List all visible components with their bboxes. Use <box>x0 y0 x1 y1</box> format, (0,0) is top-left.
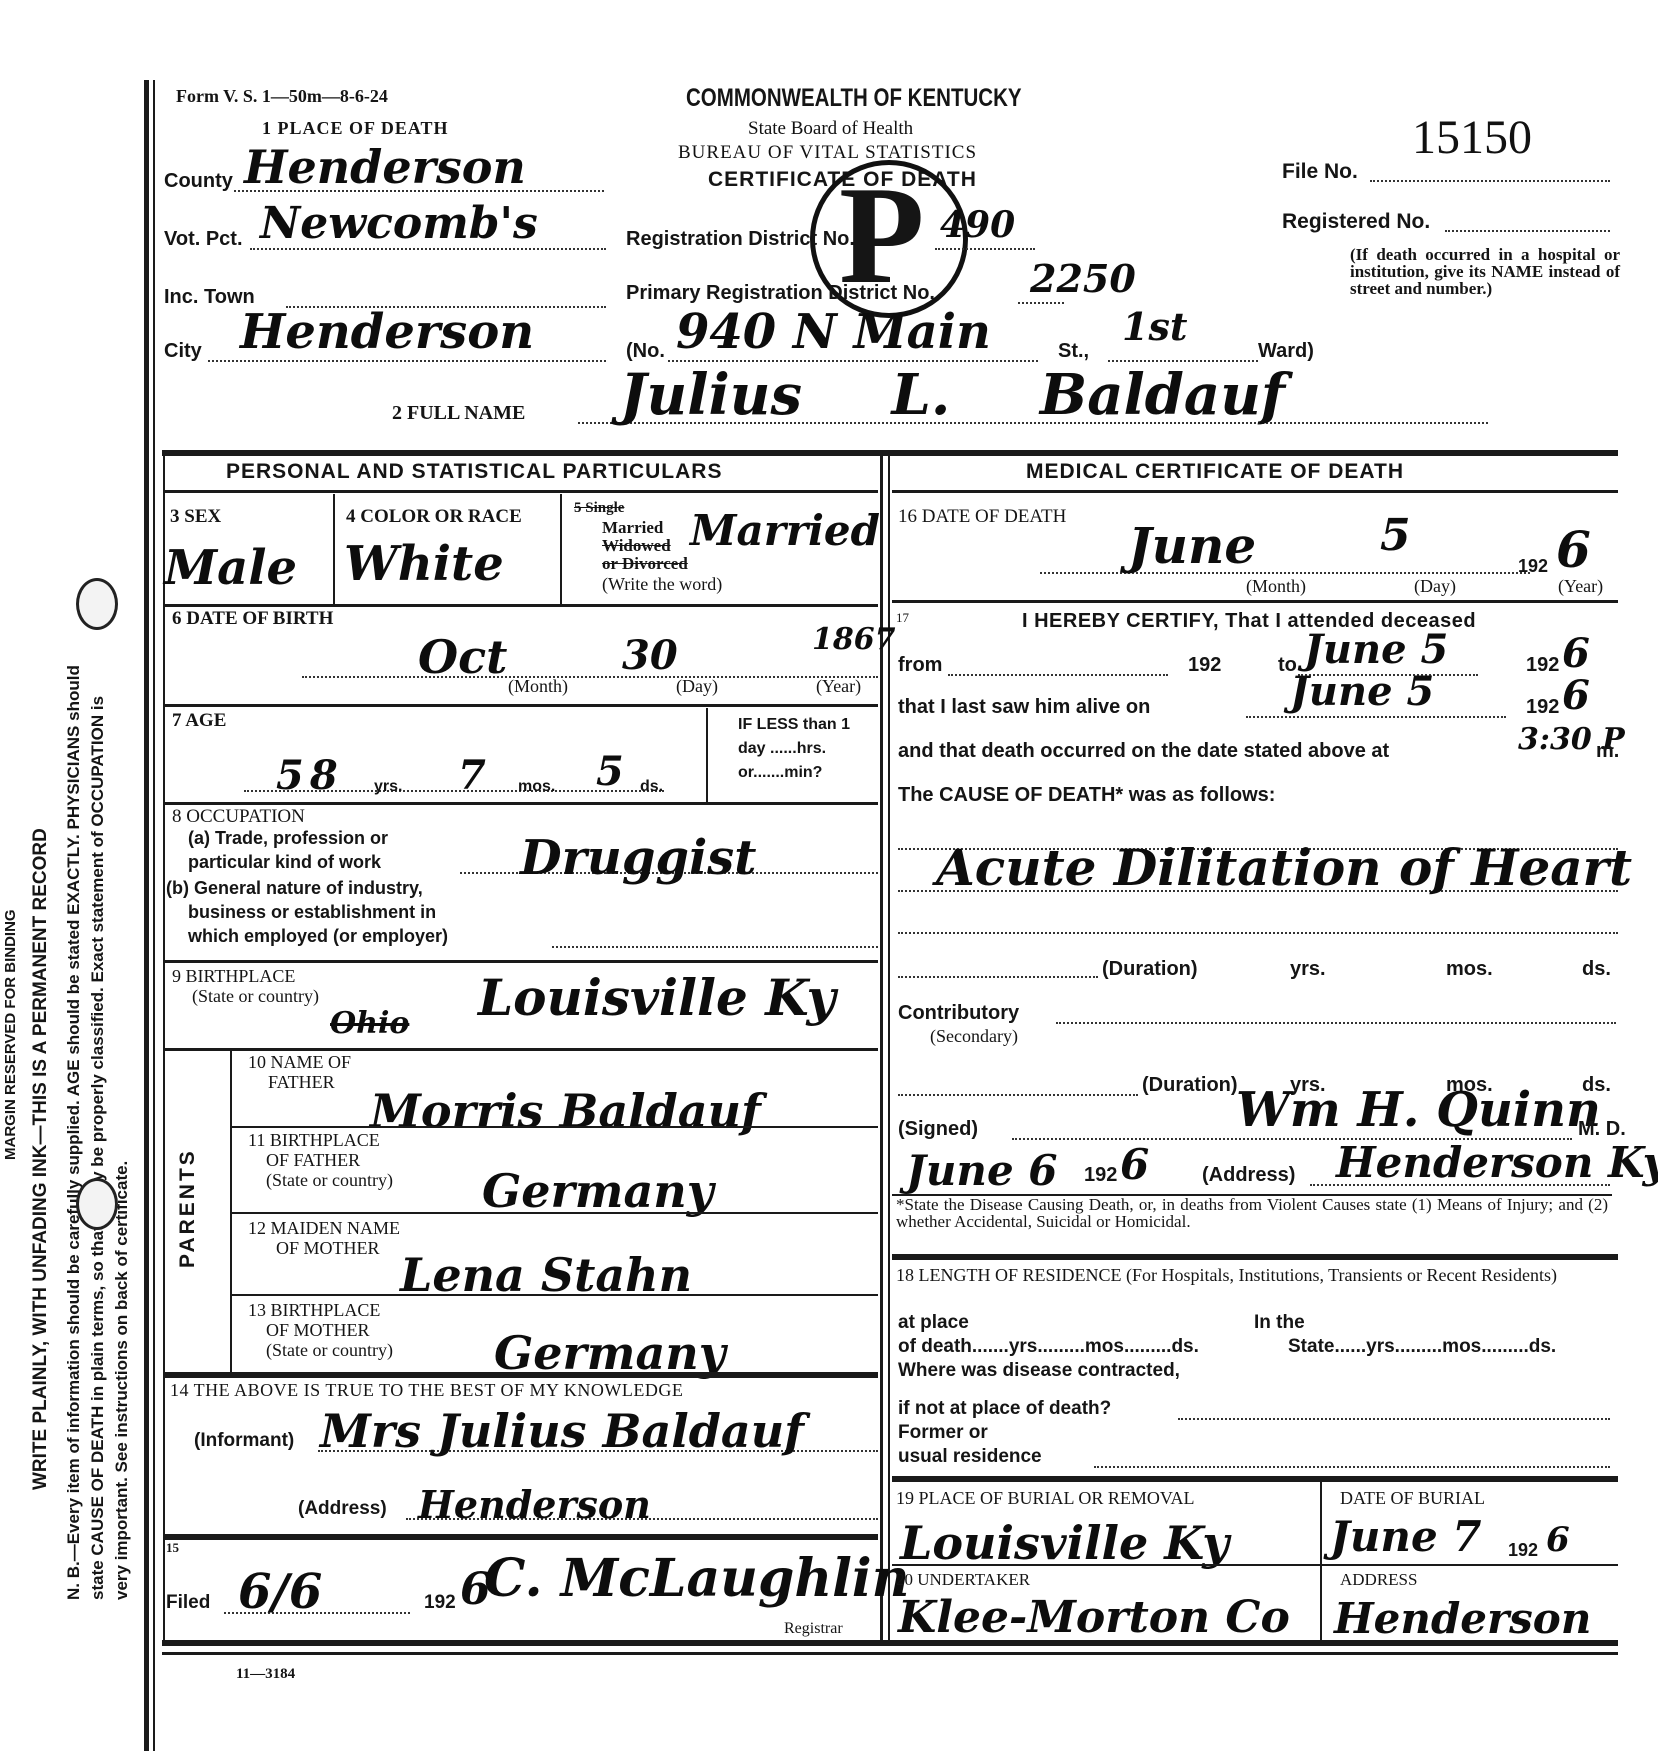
former-label: Former or <box>898 1422 988 1444</box>
cause-footnote: *State the Disease Causing Death, or, in… <box>896 1196 1608 1230</box>
of-death-label: of death.......yrs.........mos.........d… <box>898 1336 1199 1358</box>
row-rule-occupation <box>164 802 878 805</box>
to-date: June 5 <box>1304 626 1448 673</box>
occ-a-label-1: (a) Trade, profession or <box>188 828 388 849</box>
occ-a-label-2: particular kind of work <box>188 852 381 873</box>
age-label: 7 AGE <box>172 710 226 732</box>
race-label: 4 COLOR OR RACE <box>346 506 522 528</box>
marital-option-single: 5 Single <box>574 500 624 517</box>
father-birthplace-label-2: OF FATHER <box>266 1150 360 1171</box>
burial-date-label: DATE OF BURIAL <box>1340 1488 1485 1509</box>
margin-instruction-4: very important. See instructions on back… <box>112 1161 132 1600</box>
father-name-label-1: 10 NAME OF <box>248 1052 351 1073</box>
last-saw-date: June 5 <box>1290 668 1434 715</box>
dod-year-prefix: 192 <box>1518 556 1548 577</box>
signed-value: Wm H. Quinn <box>1236 1082 1601 1138</box>
row-rule-mother-birthplace <box>232 1294 878 1296</box>
dod-line <box>1040 572 1530 574</box>
from-label: from <box>898 654 942 677</box>
secondary-label: (Secondary) <box>930 1026 1018 1047</box>
form-number: Form V. S. 1—50m—8-6-24 <box>176 86 388 107</box>
marital-option-married: Married <box>602 518 663 538</box>
filed-label: Filed <box>166 1592 210 1614</box>
age-days: 5 <box>596 748 624 795</box>
punch-hole-bottom <box>76 1178 118 1230</box>
dob-month-caption: (Month) <box>508 676 568 697</box>
sex-value: Male <box>164 540 297 596</box>
less-than-line-1: IF LESS than 1 <box>738 716 850 734</box>
contributory-label: Contributory <box>898 1002 1019 1025</box>
to-year: 6 <box>1562 630 1590 677</box>
margin-instruction-1: WRITE PLAINLY, WITH UNFADING INK—THIS IS… <box>30 828 52 1490</box>
certify-number: 17 <box>896 610 909 626</box>
contracted-label: Where was disease contracted, <box>898 1360 1180 1382</box>
ward-label: Ward) <box>1258 340 1314 363</box>
signed-date: June 6 <box>906 1146 1058 1195</box>
state-residence-label: State......yrs.........mos.........ds. <box>1288 1336 1556 1358</box>
signed-label: (Signed) <box>898 1118 978 1141</box>
last-saw-year: 6 <box>1562 672 1590 719</box>
burial-divider <box>1320 1482 1322 1640</box>
informant-address-value: Henderson <box>418 1482 651 1527</box>
mother-name-label-1: 12 MAIDEN NAME <box>248 1218 400 1239</box>
sex-label: 3 SEX <box>170 506 221 528</box>
dob-line <box>302 676 878 678</box>
occupation-value: Druggist <box>520 830 756 886</box>
informant-label: (Informant) <box>194 1430 294 1452</box>
row-rule-knowledge <box>164 1372 878 1378</box>
duration-label-2: (Duration) <box>1142 1074 1238 1097</box>
age-less-divider <box>706 708 708 802</box>
personal-section-title: PERSONAL AND STATISTICAL PARTICULARS <box>226 460 722 484</box>
row-rule-birthplace <box>164 960 878 963</box>
row-rule-undertaker <box>892 1564 1618 1566</box>
bureau-title: BUREAU OF VITAL STATISTICS <box>678 142 977 164</box>
dod-label: 16 DATE OF DEATH <box>898 506 1066 528</box>
mother-birthplace-label-1: 13 BIRTHPLACE <box>248 1300 380 1321</box>
informant-address-label: (Address) <box>298 1498 387 1520</box>
duration-ds: ds. <box>1582 958 1611 981</box>
form-left-border <box>144 80 149 1751</box>
occ-b-label-3: which employed (or employer) <box>188 926 448 947</box>
row-rule-filed <box>164 1534 878 1540</box>
last-saw-label: that I last saw him alive on <box>898 696 1150 719</box>
from-year-prefix: 192 <box>1188 654 1221 677</box>
not-place-label: if not at place of death? <box>898 1398 1111 1420</box>
duration-mos: mos. <box>1446 958 1493 981</box>
medical-section-title: MEDICAL CERTIFICATE OF DEATH <box>1026 460 1404 484</box>
punch-hole-top <box>76 578 118 630</box>
occ-b-label-2: business or establishment in <box>188 902 436 923</box>
margin-instruction-3: state CAUSE OF DEATH in plain terms, so … <box>88 696 108 1600</box>
row-rule-parents <box>164 1048 878 1051</box>
row-rule-mother-name <box>232 1212 878 1214</box>
occ-b-label-1: (b) General nature of industry, <box>166 878 423 899</box>
dod-day-caption: (Day) <box>1414 576 1456 597</box>
signed-year-prefix: 192 <box>1084 1164 1117 1187</box>
row-rule-residence <box>892 1254 1618 1260</box>
registrar-label: Registrar <box>784 1620 843 1638</box>
reg-district-label: Registration District No. <box>626 228 855 251</box>
burial-place-label: 19 PLACE OF BURIAL OR REMOVAL <box>896 1488 1195 1509</box>
registrar-signature: C. McLaughlin <box>484 1548 909 1609</box>
place-of-death-label: 1 PLACE OF DEATH <box>262 118 449 139</box>
filed-date-value: 6/6 <box>238 1564 322 1620</box>
full-name-label: 2 FULL NAME <box>392 402 525 425</box>
cause-value: Acute Dilitation of Heart <box>936 838 1632 897</box>
primary-district-line <box>1018 302 1064 304</box>
undertaker-address-value: Henderson <box>1334 1594 1591 1643</box>
dob-year-caption: (Year) <box>816 676 861 697</box>
ward-value: 1st <box>1122 304 1187 349</box>
personal-title-rule <box>164 490 878 493</box>
medical-title-rule <box>892 490 1618 493</box>
birthplace-label-1: 9 BIRTHPLACE <box>172 966 295 987</box>
father-birthplace-label-1: 11 BIRTHPLACE <box>248 1130 380 1151</box>
street-no-label: (No. <box>626 340 665 363</box>
to-year-prefix: 192 <box>1526 654 1559 677</box>
vot-pct-value: Newcomb's <box>260 198 538 249</box>
city-value: Henderson <box>240 304 534 360</box>
not-place-line <box>1178 1418 1610 1420</box>
dob-month: Oct <box>418 630 507 684</box>
father-name-label-2: FATHER <box>268 1072 335 1093</box>
doctor-address-value: Henderson Ky <box>1336 1138 1658 1187</box>
duration-line <box>898 976 1098 978</box>
marital-value: Married <box>690 506 880 555</box>
father-birthplace-value: Germany <box>482 1164 713 1218</box>
dob-label: 6 DATE OF BIRTH <box>172 608 333 630</box>
father-name-value: Morris Baldauf <box>370 1084 761 1138</box>
hospital-note: (If death occurred in a hospital or inst… <box>1350 246 1620 297</box>
burial-year: 6 <box>1546 1520 1570 1560</box>
section-top-rule <box>162 450 1618 456</box>
knowledge-label: 14 THE ABOVE IS TRUE TO THE BEST OF MY K… <box>170 1380 683 1401</box>
race-value: White <box>344 536 504 592</box>
marital-option-widowed: Widowed <box>602 536 671 556</box>
residence-label: 18 LENGTH OF RESIDENCE (For Hospitals, I… <box>896 1262 1608 1288</box>
reg-district-value: 490 <box>940 204 1015 246</box>
margin-reserved-note: MARGIN RESERVED FOR BINDING <box>2 909 19 1160</box>
dod-day: 5 <box>1380 510 1411 561</box>
burial-place-value: Louisville Ky <box>900 1516 1229 1570</box>
county-value: Henderson <box>244 140 526 194</box>
undertaker-label: 20 UNDERTAKER <box>896 1570 1030 1590</box>
less-than-line-2: day ......hrs. <box>738 740 826 758</box>
sex-race-divider <box>333 494 335 606</box>
form-bottom-rule-2 <box>162 1652 1618 1655</box>
cause-line-3 <box>898 932 1618 934</box>
birthplace-label-2: (State or country) <box>192 986 319 1007</box>
file-no-value: 15150 <box>1412 110 1532 165</box>
dod-year: 6 <box>1556 520 1591 579</box>
county-label: County <box>164 170 233 193</box>
death-time-suffix: m. <box>1596 740 1619 763</box>
informant-value: Mrs Julius Baldauf <box>320 1404 804 1458</box>
duration-label: (Duration) <box>1102 958 1198 981</box>
signed-year: 6 <box>1120 1140 1149 1189</box>
row-rule-burial <box>892 1476 1618 1482</box>
industry-line <box>552 946 878 948</box>
birthplace-value: Louisville Ky <box>478 968 836 1027</box>
death-time-label: and that death occurred on the date stat… <box>898 740 1389 763</box>
last-saw-line <box>1246 716 1506 718</box>
birthplace-struck: Ohio <box>330 1006 409 1041</box>
form-left-border-inner <box>153 80 155 1751</box>
row-rule-certify <box>892 600 1618 603</box>
dob-day: 30 <box>622 632 678 679</box>
undertaker-value: Klee-Morton Co <box>898 1592 1290 1643</box>
file-no-label: File No. <box>1282 160 1358 184</box>
contributory-line <box>1056 1022 1616 1024</box>
mother-birthplace-label-3: (State or country) <box>266 1340 393 1361</box>
age-months: 7 <box>458 752 486 799</box>
age-yrs-caption: yrs. <box>374 778 402 796</box>
dod-month-caption: (Month) <box>1246 576 1306 597</box>
burial-date-value: June 7 <box>1330 1512 1482 1561</box>
duration-line-2 <box>898 1094 1138 1096</box>
row-rule-father-birthplace <box>232 1126 878 1128</box>
row-rule-dob <box>164 604 878 607</box>
occupation-label: 8 OCCUPATION <box>172 806 305 828</box>
age-ds-caption: ds. <box>640 778 663 796</box>
filed-number: 15 <box>166 1540 179 1556</box>
less-than-line-3: or.......min? <box>738 764 822 782</box>
dob-year: 1867 <box>812 622 896 657</box>
dob-day-caption: (Day) <box>676 676 718 697</box>
reg-district-line <box>935 248 1035 250</box>
file-no-line <box>1370 180 1610 182</box>
mother-birthplace-label-2: OF MOTHER <box>266 1320 370 1341</box>
city-line <box>208 360 606 362</box>
usual-residence-label: usual residence <box>898 1446 1042 1468</box>
marital-instruction: (Write the word) <box>602 574 722 595</box>
dod-year-caption: (Year) <box>1558 576 1603 597</box>
registered-no-line <box>1445 230 1610 232</box>
registered-no-label: Registered No. <box>1282 210 1430 234</box>
age-years: 58 <box>276 752 344 799</box>
footer-code: 11—3184 <box>236 1666 295 1683</box>
primary-district-value: 2250 <box>1030 256 1136 301</box>
row-rule-age <box>164 704 878 707</box>
usual-residence-line <box>1094 1466 1610 1468</box>
dod-month: June <box>1128 516 1256 575</box>
undertaker-address-label: ADDRESS <box>1340 1570 1417 1590</box>
cause-label: The CAUSE OF DEATH* was as follows: <box>898 784 1275 807</box>
margin-instruction-2: N. B.—Every item of information should b… <box>64 665 84 1600</box>
age-mos-caption: mos. <box>518 778 555 796</box>
street-value: 940 N Main <box>676 304 991 360</box>
state-board: State Board of Health <box>748 118 913 140</box>
father-birthplace-label-3: (State or country) <box>266 1170 393 1191</box>
vot-pct-label: Vot. Pct. <box>164 228 243 251</box>
primary-district-label: Primary Registration District No. <box>626 282 935 305</box>
from-line <box>948 674 1168 676</box>
in-the-label: In the <box>1254 1312 1305 1334</box>
state-title: COMMONWEALTH OF KENTUCKY <box>686 84 1022 113</box>
last-saw-year-prefix: 192 <box>1526 696 1559 719</box>
city-label: City <box>164 340 202 363</box>
parents-label: PARENTS <box>176 1148 200 1268</box>
filed-year-prefix: 192 <box>424 1592 456 1614</box>
burial-year-prefix: 192 <box>1508 1540 1538 1561</box>
race-marital-divider <box>560 494 562 606</box>
marital-option-divorced: or Divorced <box>602 554 688 574</box>
doctor-address-label: (Address) <box>1202 1164 1295 1187</box>
at-place-label: at place <box>898 1312 969 1334</box>
duration-yrs: yrs. <box>1290 958 1326 981</box>
mother-name-label-2: OF MOTHER <box>276 1238 380 1259</box>
st-label: St., <box>1058 340 1089 363</box>
full-name-value: Julius L. Baldauf <box>620 362 1285 428</box>
